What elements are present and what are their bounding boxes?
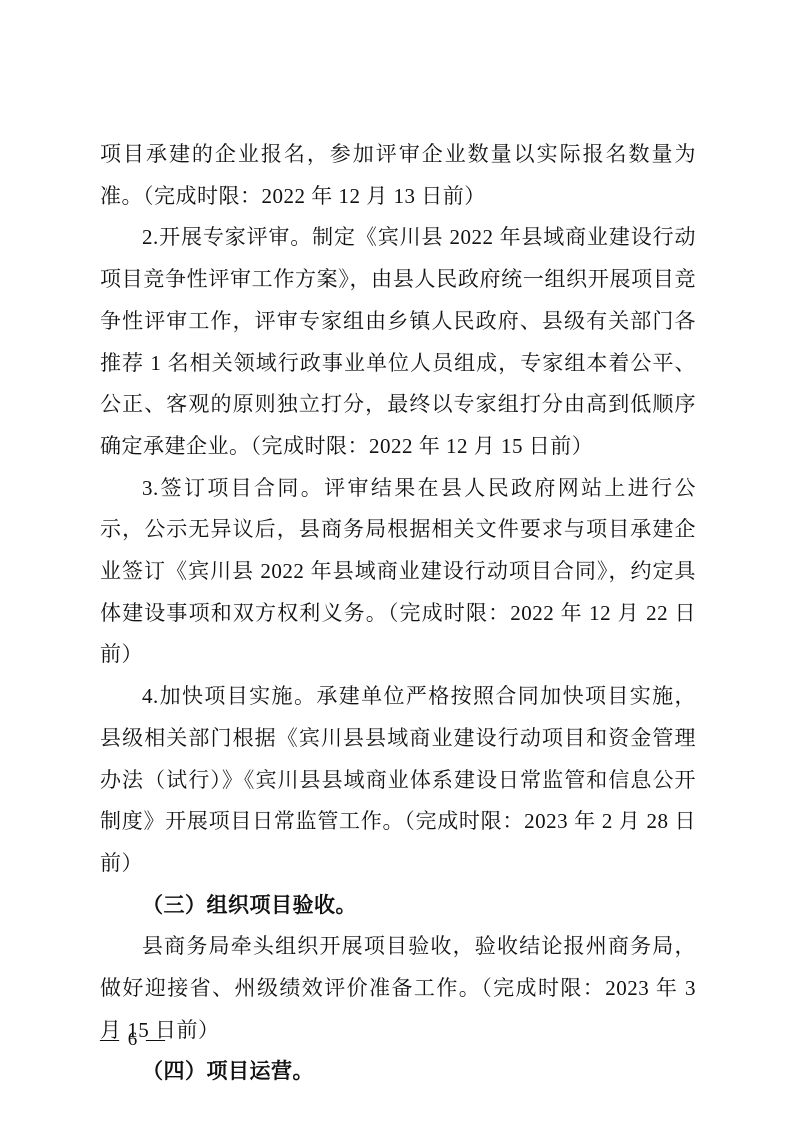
page-footer: — 6 —: [100, 1026, 167, 1054]
section-heading-3-acceptance: （三）组织项目验收。: [100, 885, 696, 927]
paragraph-expert-review: 2.开展专家评审。制定《宾川县 2022 年县域商业建设行动项目竞争性评审工作方…: [100, 217, 696, 467]
document-page: 项目承建的企业报名，参加评审企业数量以实际报名数量为准。（完成时限：2022 年…: [0, 0, 793, 1122]
document-body: 项目承建的企业报名，参加评审企业数量以实际报名数量为准。（完成时限：2022 年…: [100, 134, 696, 1093]
paragraph-acceptance-detail: 县商务局牵头组织开展项目验收，验收结论报州商务局，做好迎接省、州级绩效评价准备工…: [100, 926, 696, 1051]
page-number: — 6 —: [100, 1029, 167, 1050]
paragraph-continuation: 项目承建的企业报名，参加评审企业数量以实际报名数量为准。（完成时限：2022 年…: [100, 134, 696, 217]
section-heading-4-operation: （四）项目运营。: [100, 1051, 696, 1093]
paragraph-speed-implementation: 4.加快项目实施。承建单位严格按照合同加快项目实施，县级相关部门根据《宾川县县域…: [100, 676, 696, 885]
paragraph-sign-contract: 3.签订项目合同。评审结果在县人民政府网站上进行公示，公示无异议后，县商务局根据…: [100, 468, 696, 677]
